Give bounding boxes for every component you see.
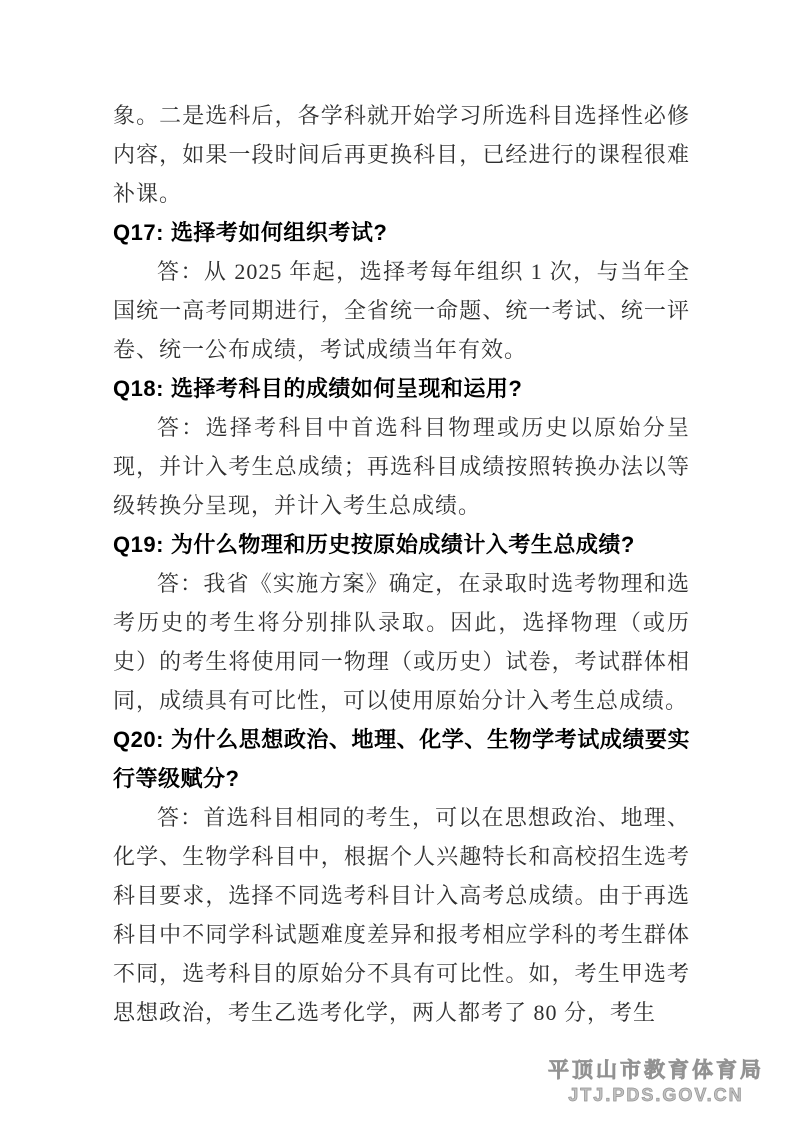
question-text: 选择考如何组织考试? (171, 220, 387, 245)
intro-paragraph: 象。二是选科后，各学科就开始学习所选科目选择性必修内容，如果一段时间后再更换科目… (113, 96, 690, 213)
document-page: 象。二是选科后，各学科就开始学习所选科目选择性必修内容，如果一段时间后再更换科目… (0, 0, 794, 1123)
answer-paragraph-q17: 答：从 2025 年起，选择考每年组织 1 次，与当年全国统一高考同期进行，全省… (113, 252, 690, 369)
question-heading-q17: Q17:选择考如何组织考试? (113, 213, 690, 252)
question-text: 为什么思想政治、地理、化学、生物学考试成绩要实行等级赋分? (113, 727, 690, 791)
answer-paragraph-q18: 答：选择考科目中首选科目物理或历史以原始分呈现，并计入考生总成绩；再选科目成绩按… (113, 408, 690, 525)
answer-paragraph-q19: 答：我省《实施方案》确定，在录取时选考物理和选考历史的考生将分别排队录取。因此，… (113, 564, 690, 720)
document-content: 象。二是选科后，各学科就开始学习所选科目选择性必修内容，如果一段时间后再更换科目… (113, 96, 690, 1032)
question-heading-q20: Q20:为什么思想政治、地理、化学、生物学考试成绩要实行等级赋分? (113, 720, 690, 798)
question-text: 选择考科目的成绩如何呈现和运用? (171, 376, 522, 401)
question-label: Q17: (113, 220, 164, 245)
question-label: Q19: (113, 532, 164, 557)
question-text: 为什么物理和历史按原始成绩计入考生总成绩? (171, 532, 635, 557)
watermark-site-url: JTJ.PDS.GOV.CN (546, 1084, 766, 1106)
watermark-org-name: 平顶山市教育体育局 (546, 1058, 766, 1084)
answer-paragraph-q20: 答：首选科目相同的考生，可以在思想政治、地理、化学、生物学科目中，根据个人兴趣特… (113, 798, 690, 1032)
agency-watermark: 平顶山市教育体育局 JTJ.PDS.GOV.CN (546, 1058, 766, 1106)
question-label: Q20: (113, 727, 164, 752)
question-heading-q18: Q18:选择考科目的成绩如何呈现和运用? (113, 369, 690, 408)
question-label: Q18: (113, 376, 164, 401)
question-heading-q19: Q19:为什么物理和历史按原始成绩计入考生总成绩? (113, 525, 690, 564)
